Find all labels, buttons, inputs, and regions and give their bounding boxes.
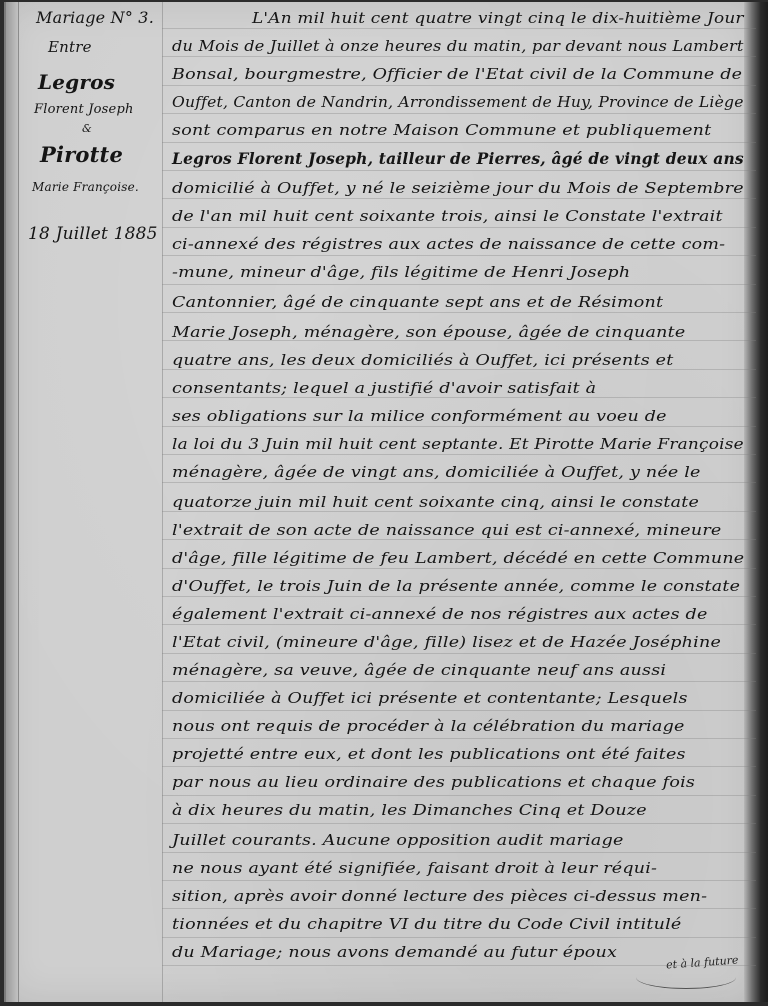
ruled-line (162, 653, 756, 654)
body-line: ses obligations sur la milice conforméme… (172, 406, 667, 426)
ruled-line (162, 511, 756, 512)
body-line: ménagère, sa veuve, âgée de cinquante ne… (172, 660, 666, 680)
body-line: également l'extrait ci-annexé de nos rég… (172, 604, 708, 624)
ruled-line (162, 113, 756, 114)
ruled-line (162, 908, 756, 909)
body-line: ménagère, âgée de vingt ans, domiciliée … (172, 462, 701, 482)
body-line: sition, après avoir donné lecture des pi… (172, 886, 707, 906)
body-line: à dix heures du matin, les Dimanches Cin… (172, 800, 647, 820)
body-line-bride: la loi du 3 Juin mil huit cent septante.… (172, 434, 744, 454)
body-line: domiciliée à Ouffet ici présente et cont… (172, 688, 688, 708)
ruled-line (162, 710, 756, 711)
body-line: domicilié à Ouffet, y né le seizième jou… (172, 178, 744, 198)
ruled-line (162, 454, 756, 455)
body-line: d'âge, fille légitime de feu Lambert, dé… (172, 548, 744, 568)
ruled-line (162, 937, 756, 938)
body-line: L'An mil huit cent quatre vingt cinq le … (252, 8, 744, 28)
body-line: Marie Joseph, ménagère, son épouse, âgée… (172, 322, 685, 342)
between-label: Entre (48, 38, 92, 56)
body-line: Juillet courants. Aucune opposition audi… (172, 830, 624, 850)
ruled-line (162, 56, 756, 57)
ruled-line (162, 568, 756, 569)
body-line: du Mariage; nous avons demandé au futur … (172, 942, 617, 962)
body-line: Ouffet, Canton de Nandrin, Arrondissemen… (172, 92, 744, 112)
body-line: Cantonnier, âgé de cinquante sept ans et… (172, 292, 663, 312)
ruled-line (162, 397, 756, 398)
body-line: tionnées et du chapitre VI du titre du C… (172, 914, 682, 934)
body-line: ne nous ayant été signifiée, faisant dro… (172, 858, 657, 878)
ruled-line (162, 852, 756, 853)
body-line: de l'an mil huit cent soixante trois, ai… (172, 206, 723, 226)
page-left-edge (4, 2, 19, 1002)
body-line: du Mois de Juillet à onze heures du mati… (172, 36, 744, 56)
body-line: par nous au lieu ordinaire des publicati… (172, 772, 695, 792)
ruled-line (162, 85, 756, 86)
ruled-line (162, 539, 756, 540)
ruled-line (162, 766, 756, 767)
body-line: consentants; lequel a justifié d'avoir s… (172, 378, 596, 398)
groom-surname: Legros (38, 70, 115, 94)
body-line: ci-annexé des régistres aux actes de nai… (172, 234, 725, 254)
ruled-line (162, 255, 756, 256)
ruled-line (162, 369, 756, 370)
ampersand: & (82, 122, 92, 135)
body-line: quatre ans, les deux domiciliés à Ouffet… (172, 350, 674, 370)
ruled-line (162, 823, 756, 824)
body-line: l'extrait de son acte de naissance qui e… (172, 520, 721, 540)
body-line: projetté entre eux, et dont les publicat… (172, 744, 686, 764)
ruled-line (162, 170, 756, 171)
ruled-line (162, 340, 756, 341)
ruled-line (162, 284, 756, 285)
ruled-line (162, 142, 756, 143)
ruled-line (162, 965, 756, 966)
body-line-groom: Legros Florent Joseph, tailleur de Pierr… (172, 149, 744, 169)
ruled-line (162, 28, 756, 29)
body-line: nous ont requis de procéder à la célébra… (172, 716, 685, 736)
body-line: d'Ouffet, le trois Juin de la présente a… (172, 576, 740, 596)
ruled-line (162, 312, 756, 313)
body-line: Bonsal, bourgmestre, Officier de l'Etat … (172, 64, 742, 84)
record-number: Mariage N° 3. (36, 8, 154, 27)
bride-given-names: Marie Françoise. (32, 180, 139, 194)
ruled-line (162, 482, 756, 483)
body-line: quatorze juin mil huit cent soixante cin… (172, 492, 699, 512)
ruled-line (162, 596, 756, 597)
groom-given-names: Florent Joseph (34, 102, 134, 117)
ruled-line (162, 738, 756, 739)
ruled-line (162, 880, 756, 881)
ruled-line (162, 681, 756, 682)
body-line: l'Etat civil, (mineure d'âge, fille) lis… (172, 632, 721, 652)
scanned-register-page: Mariage N° 3. Entre Legros Florent Josep… (0, 0, 768, 1006)
ruled-line (162, 227, 756, 228)
marriage-date: 18 Juillet 1885 (28, 224, 158, 244)
ruled-line (162, 795, 756, 796)
ruled-line (162, 426, 756, 427)
bride-surname: Pirotte (40, 142, 123, 167)
body-line: sont comparus en notre Maison Commune et… (172, 120, 711, 140)
signature-flourish (636, 966, 736, 989)
ruled-line (162, 624, 756, 625)
body-line: -mune, mineur d'âge, fils légitime de He… (172, 262, 630, 282)
ruled-line (162, 198, 756, 199)
paper-page: Mariage N° 3. Entre Legros Florent Josep… (4, 2, 756, 1002)
